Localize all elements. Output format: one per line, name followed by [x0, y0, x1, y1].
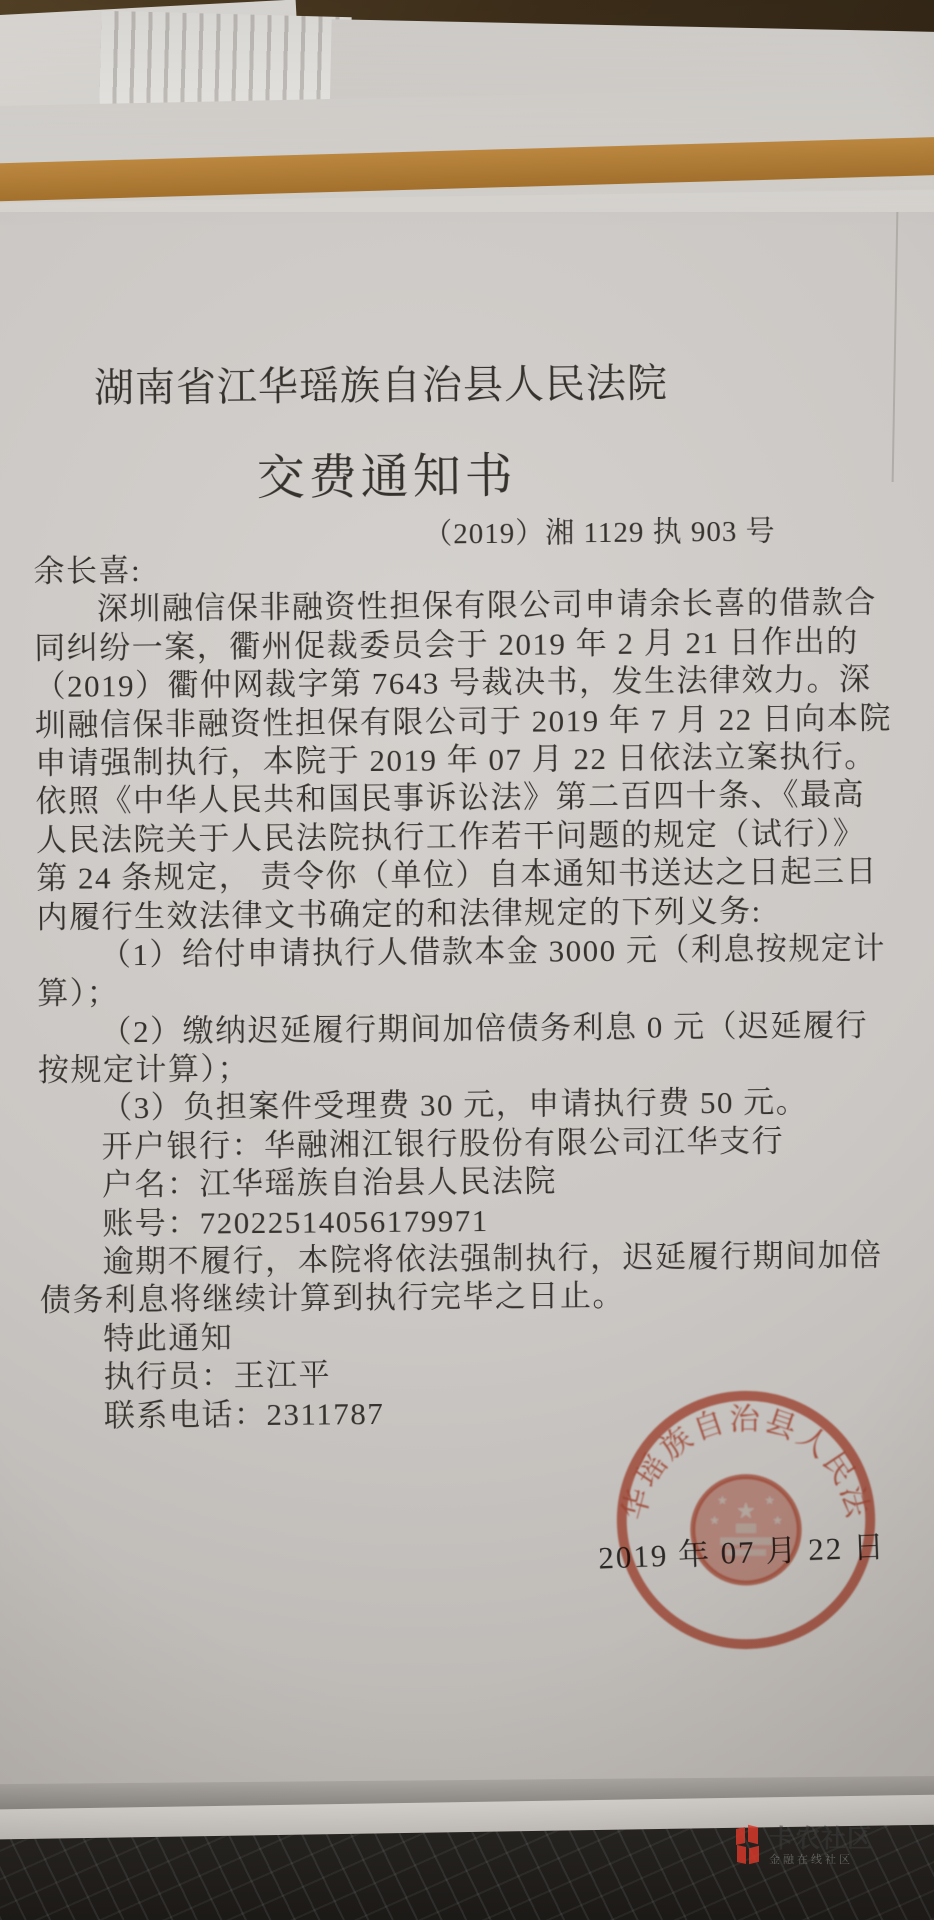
watermark: 卡农社区 金融在线社区 [733, 1826, 873, 1867]
body-line: （2）缴纳迟延履行期间加倍债务利息 0 元（迟延履行 [37, 1006, 909, 1052]
seal-graphics: 江华瑶族自治县人民法院 ★ ★ ★ ★ ★ [608, 1380, 875, 1644]
official-seal: 江华瑶族自治县人民法院 ★ ★ ★ ★ ★ [608, 1380, 884, 1656]
photo-of-court-notice: 湖南省江华瑶族自治县人民法院 交费通知书 （2019）湘 1129 执 903 … [0, 0, 934, 1920]
emblem-gate-shape [726, 1550, 765, 1556]
body-line: 开户银行：华融湘江银行股份有限公司江华支行 [38, 1121, 910, 1167]
document-title: 交费通知书 [36, 435, 737, 510]
body-line: （1）给付申请执行人借款本金 3000 元（利息按规定计 [37, 929, 909, 975]
body-line: 第 24 条规定， 责令你（单位）自本通知书送达之日起三日 [36, 852, 908, 898]
emblem-star-icon: ★ [765, 1495, 775, 1507]
emblem-star-icon: ★ [736, 1499, 755, 1523]
document-body: 余长喜: 深圳融信保非融资性担保有限公司申请余长喜的借款合 同纠纷一案，衢州促裁… [33, 545, 913, 1436]
body-line: 逾期不履行，本院将依法强制执行，迟延履行期间加倍 [39, 1236, 911, 1282]
kanong-logo-icon [733, 1826, 763, 1866]
watermark-texts: 卡农社区 金融在线社区 [769, 1826, 873, 1867]
emblem-star-icon: ★ [773, 1515, 783, 1527]
court-name: 湖南省江华瑶族自治县人民法院 [36, 351, 726, 414]
emblem-star-icon: ★ [717, 1495, 727, 1507]
watermark-tagline: 金融在线社区 [769, 1853, 873, 1867]
emblem-gate-shape [736, 1524, 756, 1533]
national-emblem-icon: ★ ★ ★ ★ ★ [693, 1477, 799, 1583]
emblem-gate-shape [720, 1538, 771, 1545]
emblem-star-icon: ★ [710, 1515, 720, 1527]
watermark-brand: 卡农社区 [769, 1826, 873, 1853]
document-paper: 湖南省江华瑶族自治县人民法院 交费通知书 （2019）湘 1129 执 903 … [0, 212, 934, 1808]
